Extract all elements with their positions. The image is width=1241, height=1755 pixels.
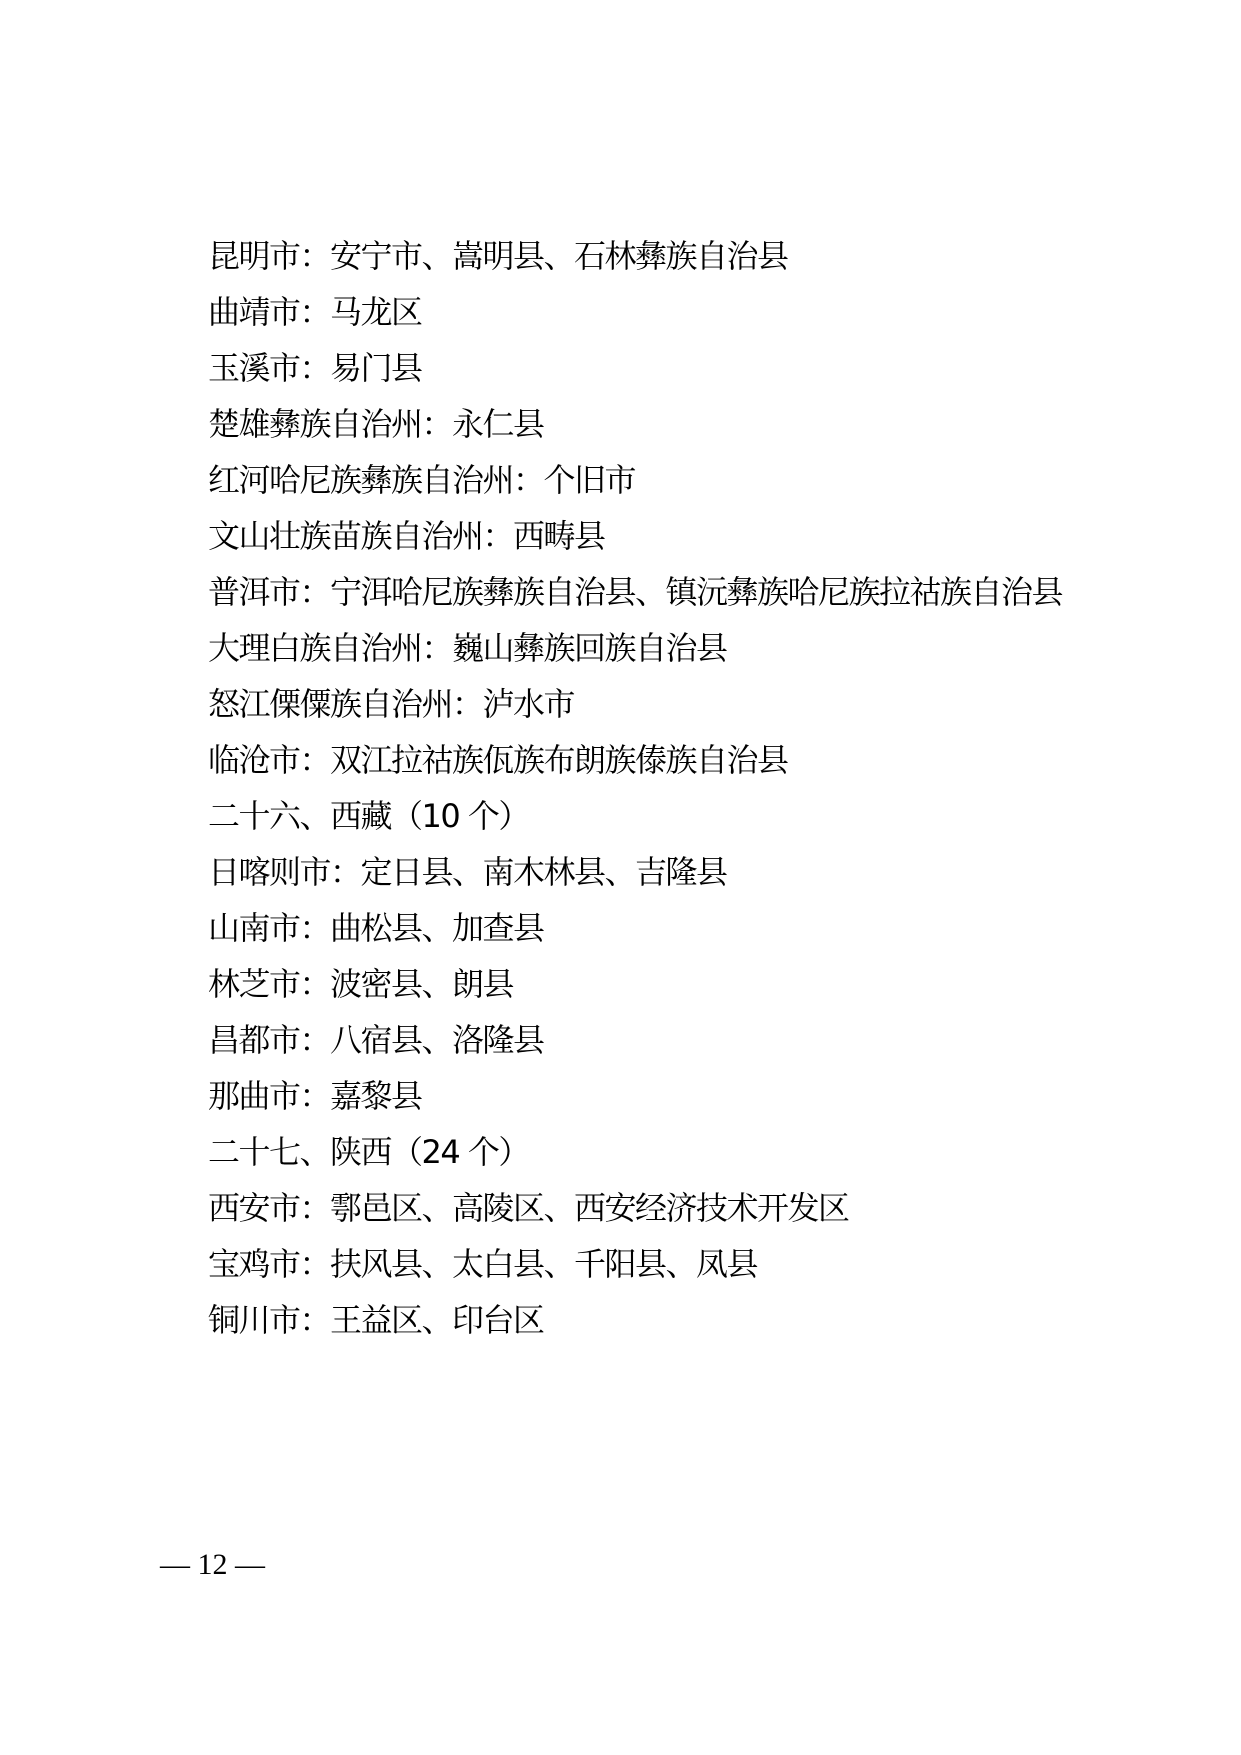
entry-xian: 西安市：鄠邑区、高陵区、西安经济技术开发区 xyxy=(148,1180,1088,1236)
entry-rikaze: 日喀则市：定日县、南木林县、吉隆县 xyxy=(148,844,1088,900)
entry-honghe: 红河哈尼族彝族自治州：个旧市 xyxy=(148,452,1088,508)
section-heading-shaanxi: 二十七、陕西（24 个） xyxy=(148,1124,1088,1180)
document-body: 昆明市：安宁市、嵩明县、石林彝族自治县 曲靖市：马龙区 玉溪市：易门县 楚雄彝族… xyxy=(148,228,1088,1348)
entry-qujing: 曲靖市：马龙区 xyxy=(148,284,1088,340)
entry-lincang: 临沧市：双江拉祜族佤族布朗族傣族自治县 xyxy=(148,732,1088,788)
document-page: 昆明市：安宁市、嵩明县、石林彝族自治县 曲靖市：马龙区 玉溪市：易门县 楚雄彝族… xyxy=(0,0,1241,1755)
entry-wenshan: 文山壮族苗族自治州：西畴县 xyxy=(148,508,1088,564)
section-heading-xizang: 二十六、西藏（10 个） xyxy=(148,788,1088,844)
entry-kunming: 昆明市：安宁市、嵩明县、石林彝族自治县 xyxy=(148,228,1088,284)
entry-chuxiong: 楚雄彝族自治州：永仁县 xyxy=(148,396,1088,452)
entry-nujiang: 怒江傈僳族自治州：泸水市 xyxy=(148,676,1088,732)
page-number: — 12 — xyxy=(160,1548,265,1582)
entry-linzhi: 林芝市：波密县、朗县 xyxy=(148,956,1088,1012)
entry-tongchuan: 铜川市：王益区、印台区 xyxy=(148,1292,1088,1348)
entry-puer: 普洱市：宁洱哈尼族彝族自治县、镇沅彝族哈尼族拉祜族自治县 xyxy=(148,564,1088,620)
entry-naqu: 那曲市：嘉黎县 xyxy=(148,1068,1088,1124)
entry-yuxi: 玉溪市：易门县 xyxy=(148,340,1088,396)
entry-shannan: 山南市：曲松县、加查县 xyxy=(148,900,1088,956)
entry-baoji: 宝鸡市：扶风县、太白县、千阳县、凤县 xyxy=(148,1236,1088,1292)
entry-changdu: 昌都市：八宿县、洛隆县 xyxy=(148,1012,1088,1068)
entry-dali: 大理白族自治州：巍山彝族回族自治县 xyxy=(148,620,1088,676)
